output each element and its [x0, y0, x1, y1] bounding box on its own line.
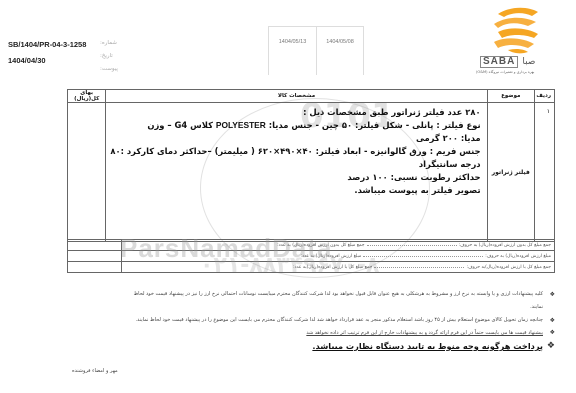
date-box-issue: 1404/05/08	[316, 27, 364, 75]
seller-signature-label: مهر و امضاء فروشنده	[72, 368, 118, 374]
summary-row: جمع مبلغ کل با ارزش افزوده(ریال)به حروف:…	[68, 262, 555, 273]
logo-persian: صبا	[522, 57, 535, 67]
note-text: چنانچه زمان تحویل کالای موضوع استعلام بی…	[136, 317, 544, 323]
header-subject: موضوع	[487, 90, 534, 103]
spec-line-6: حداکثر رطوبت نسبی: ۱۰۰ درصد	[110, 171, 480, 184]
date-boxes: 1404/05/13 1404/05/08	[268, 26, 364, 75]
fill-line[interactable]	[367, 245, 457, 246]
date-box-deadline: 1404/05/13	[268, 27, 316, 75]
spec-line-4: جنس فریم : ورق گالوانیزه - ابعاد فیلتر: …	[110, 145, 480, 158]
row-spec: ۲۸۰ عدد فیلتر ژنراتور طبق مشخصات ذیل : ن…	[106, 103, 487, 242]
summary-no-vat: جمع مبلغ کل بدون ارزش افزوده(ریال) به حر…	[121, 240, 554, 251]
spec-line-2-material: POLYESTER	[216, 120, 266, 130]
letter-meta: SB/1404/PR-04-3-1258 شماره: 1404/04/30 ت…	[8, 40, 158, 79]
saba-logo-icon	[488, 4, 544, 56]
company-logo: SABA صبا بهره برداری و تعمیرات نیروگاه (…	[470, 2, 566, 82]
summary-no-vat-value[interactable]	[68, 240, 122, 251]
summary-with-vat-number: جمع مبلغ کل با ارزش افزوده(ریال)به عدد:	[293, 265, 373, 270]
note-payment: ❖ پرداخت هرگونه وجه منوط به تایید دستگاه…	[70, 339, 555, 353]
letter-number: SB/1404/PR-04-3-1258	[8, 40, 86, 49]
note-text: نمایند.	[530, 304, 543, 310]
spec-line-7: تصویر فیلتر به پیوست میباشد.	[110, 184, 480, 197]
fill-line[interactable]	[363, 256, 483, 257]
fill-line[interactable]	[374, 267, 464, 268]
row-number: ۱	[534, 103, 554, 242]
header-spec: مشخصات کالا	[106, 90, 487, 103]
summary-no-vat-number: جمع مبلغ کل بدون ارزش افزوده(ریال) به عد…	[277, 243, 364, 248]
summary-with-vat-value[interactable]	[68, 262, 122, 273]
letter-attachment-label: پیوست:	[100, 66, 118, 72]
summary-vat-number: مبلغ ارزش افزوده(ریال) به عدد:	[301, 254, 362, 259]
meta-number: SB/1404/PR-04-3-1258 شماره:	[8, 40, 158, 51]
meta-date: 1404/04/30 تاریخ:	[8, 53, 158, 64]
spec-line-2a: نوع فیلتر : پانلی - شکل فیلتر: ۵۰ چین - …	[269, 120, 481, 130]
row-price[interactable]	[68, 103, 106, 242]
letter-date-label: تاریخ:	[100, 53, 113, 59]
note-text: پیشنهاد قیمت ها می بایست حتماً در این فر…	[306, 330, 543, 336]
note-text: کلیه پیشنهادات ارزی و یا وابسته به نرخ ا…	[134, 291, 543, 297]
table-header-row: ردیف موضوع مشخصات کالا بهای کل(ریال)	[68, 90, 555, 103]
table-row: ۱ فیلتر ژنراتور ۲۸۰ عدد فیلتر ژنراتور طب…	[68, 103, 555, 242]
logo-latin: SABA	[480, 56, 518, 68]
note-currency-cont: نمایند.	[70, 301, 555, 314]
items-table: ردیف موضوع مشخصات کالا بهای کل(ریال) ۱ ف…	[67, 89, 555, 242]
summary-no-vat-words: جمع مبلغ کل بدون ارزش افزوده(ریال) به حر…	[459, 243, 551, 248]
spec-line-3: مدیا: ۲۰۰ گرمی	[110, 132, 480, 145]
diamond-bullet-icon: ❖	[550, 327, 555, 339]
summary-row: مبلغ ارزش افزوده(ریال) به حروف:مبلغ ارزش…	[68, 251, 555, 262]
summary-vat-words: مبلغ ارزش افزوده(ریال) به حروف:	[485, 254, 551, 259]
summary-table: جمع مبلغ کل بدون ارزش افزوده(ریال) به حر…	[67, 239, 555, 273]
summary-with-vat: جمع مبلغ کل با ارزش افزوده(ریال)به حروف:…	[121, 262, 554, 273]
diamond-bullet-icon: ❖	[550, 288, 555, 301]
meta-attachment: پیوست:	[8, 66, 158, 77]
header-price: بهای کل(ریال)	[68, 90, 106, 103]
note-form: ❖ پیشنهاد قیمت ها می بایست حتماً در این …	[70, 327, 555, 339]
logo-wordmark: SABA صبا	[480, 56, 535, 68]
diamond-bullet-icon: ❖	[547, 339, 555, 353]
summary-with-vat-words: جمع مبلغ کل با ارزش افزوده(ریال)به حروف:	[466, 265, 551, 270]
logo-subtitle: بهره برداری و تعمیرات نیروگاه (O&M)	[476, 70, 534, 74]
summary-row: جمع مبلغ کل بدون ارزش افزوده(ریال) به حر…	[68, 240, 555, 251]
spec-line-2: نوع فیلتر : پانلی - شکل فیلتر: ۵۰ چین - …	[110, 119, 480, 132]
notes-list: ❖ کلیه پیشنهادات ارزی و یا وابسته به نرخ…	[70, 288, 555, 353]
summary-vat-value[interactable]	[68, 251, 122, 262]
header-row-number: ردیف	[534, 90, 554, 103]
diamond-bullet-icon: ❖	[550, 314, 555, 327]
spec-line-1: ۲۸۰ عدد فیلتر ژنراتور طبق مشخصات ذیل :	[110, 106, 480, 119]
summary-vat: مبلغ ارزش افزوده(ریال) به حروف:مبلغ ارزش…	[121, 251, 554, 262]
row-subject: فیلتر ژنراتور	[487, 103, 534, 242]
spec-line-2b: کلاس G4 – وزن	[147, 120, 213, 130]
letter-number-label: شماره:	[100, 40, 117, 46]
note-text: پرداخت هرگونه وجه منوط به تایید دستگاه ن…	[312, 341, 543, 351]
letter-date: 1404/04/30	[8, 56, 46, 65]
note-delivery: ❖ چنانچه زمان تحویل کالای موضوع استعلام …	[70, 314, 555, 327]
spec-line-5: درجه سانتیگراد	[110, 158, 480, 171]
note-currency: ❖ کلیه پیشنهادات ارزی و یا وابسته به نرخ…	[70, 288, 555, 301]
